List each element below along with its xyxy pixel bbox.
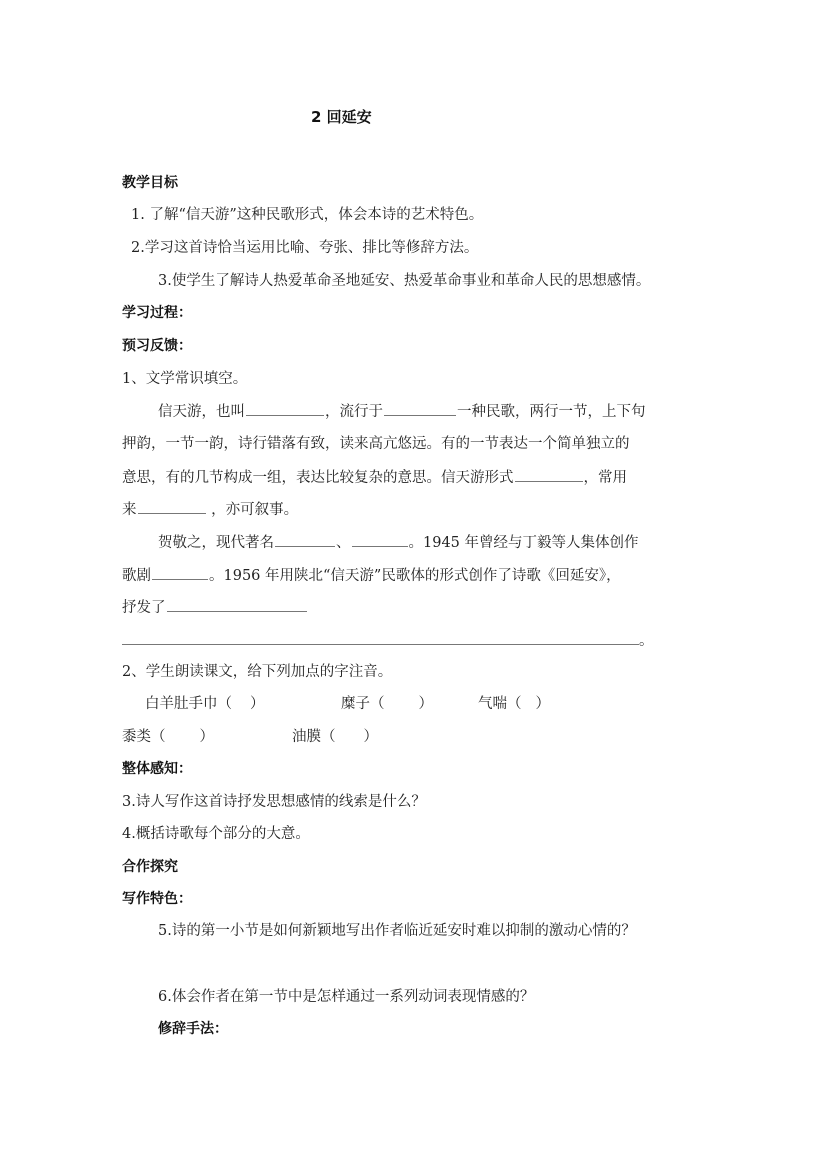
text: 。1956 年用陕北“信天游”民歌体的形式创作了诗歌《回延安》，	[209, 568, 621, 584]
blank-field[interactable]	[352, 532, 408, 547]
perception-heading: 整体感知：	[122, 759, 192, 779]
pinyin-word: 黍类（	[122, 729, 166, 745]
pinyin-item: 油膜（）	[292, 727, 378, 747]
rhetoric-heading: 修辞手法：	[158, 1019, 228, 1039]
writing-heading: 写作特色：	[122, 889, 192, 909]
paren-close: ）	[200, 729, 215, 745]
blank-field[interactable]	[275, 532, 335, 547]
paren-close: ）	[250, 696, 265, 712]
blank-field[interactable]	[138, 499, 206, 514]
text: 意思，有的几节构成一组，表达比较复杂的意思。信天游形式	[122, 470, 514, 486]
pinyin-item: 黍类（）	[122, 727, 214, 747]
question-4: 4.概括诗歌每个部分的大意。	[122, 824, 310, 844]
blank-field[interactable]	[246, 401, 324, 416]
blank-field[interactable]	[152, 565, 208, 580]
document-title: 2 回延安	[311, 107, 372, 127]
blank-field[interactable]	[122, 630, 639, 645]
text: 。1945 年曾经与丁毅等人集体创作	[409, 535, 639, 551]
pinyin-word: 糜子（	[341, 696, 385, 712]
text: 信天游，也叫	[158, 404, 245, 420]
text: 、	[336, 535, 351, 551]
objectives-heading: 教学目标	[122, 173, 178, 193]
pinyin-word: 白羊肚手巾（	[145, 696, 232, 712]
text: 。	[639, 633, 654, 649]
paragraph-1-line-4: 来 ，亦可叙事。	[122, 499, 298, 520]
question-5: 5.诗的第一小节是如何新颖地写出作者临近延安时难以抑制的激动心情的？	[158, 921, 636, 941]
blank-field[interactable]	[384, 401, 456, 416]
paren-close: ）	[536, 696, 551, 712]
text: 贺敬之，现代著名	[158, 535, 274, 551]
question-1-label: 1、文学常识填空。	[122, 369, 247, 389]
paren-close: ）	[364, 729, 379, 745]
pinyin-word: 油膜（	[292, 729, 336, 745]
pinyin-item: 白羊肚手巾（）	[145, 694, 265, 714]
text: 歌剧	[122, 568, 151, 584]
blank-field[interactable]	[167, 597, 307, 612]
text: 抒发了	[122, 600, 166, 616]
cooperation-heading: 合作探究	[122, 857, 178, 877]
text: ，常用	[584, 470, 628, 486]
paren-close: ）	[419, 696, 434, 712]
text: ，亦可叙事。	[207, 502, 299, 518]
question-2-label: 2、学生朗读课文，给下列加点的字注音。	[122, 662, 392, 682]
process-heading: 学习过程：	[122, 303, 192, 323]
paragraph-2-line-3: 抒发了	[122, 597, 308, 618]
question-3: 3.诗人写作这首诗抒发思想感情的线索是什么？	[122, 792, 426, 812]
text: 来	[122, 502, 137, 518]
objective-2: 2.学习这首诗恰当运用比喻、夸张、排比等修辞方法。	[131, 238, 478, 258]
pinyin-item: 糜子（）	[341, 694, 433, 714]
objective-1: 1. 了解“信天游”这种民歌形式，体会本诗的艺术特色。	[131, 205, 483, 225]
paragraph-2-line-4: 。	[122, 630, 654, 651]
paragraph-2-line-1: 贺敬之，现代著名、。1945 年曾经与丁毅等人集体创作	[158, 532, 639, 553]
pinyin-word: 气喘（	[478, 696, 522, 712]
paragraph-1-line-3: 意思，有的几节构成一组，表达比较复杂的意思。信天游形式，常用	[122, 467, 627, 488]
blank-field[interactable]	[515, 467, 583, 482]
text: 一种民歌，两行一节，上下句	[457, 404, 646, 420]
text: ，流行于	[325, 404, 383, 420]
pinyin-item: 气喘（）	[478, 694, 550, 714]
paragraph-1-line-1: 信天游，也叫，流行于一种民歌，两行一节，上下句	[158, 401, 646, 422]
paragraph-2-line-2: 歌剧。1956 年用陕北“信天游”民歌体的形式创作了诗歌《回延安》，	[122, 565, 621, 586]
preview-heading: 预习反馈：	[122, 336, 192, 356]
objective-3: 3.使学生了解诗人热爱革命圣地延安、热爱革命事业和革命人民的思想感情。	[158, 271, 650, 291]
question-6: 6.体会作者在第一节中是怎样通过一系列动词表现情感的？	[158, 987, 534, 1007]
document-page: 2 回延安 教学目标 1. 了解“信天游”这种民歌形式，体会本诗的艺术特色。 2…	[0, 0, 827, 1169]
paragraph-1-line-2: 押韵，一节一韵，诗行错落有致，读来高亢悠远。有的一节表达一个简单独立的	[122, 434, 630, 454]
